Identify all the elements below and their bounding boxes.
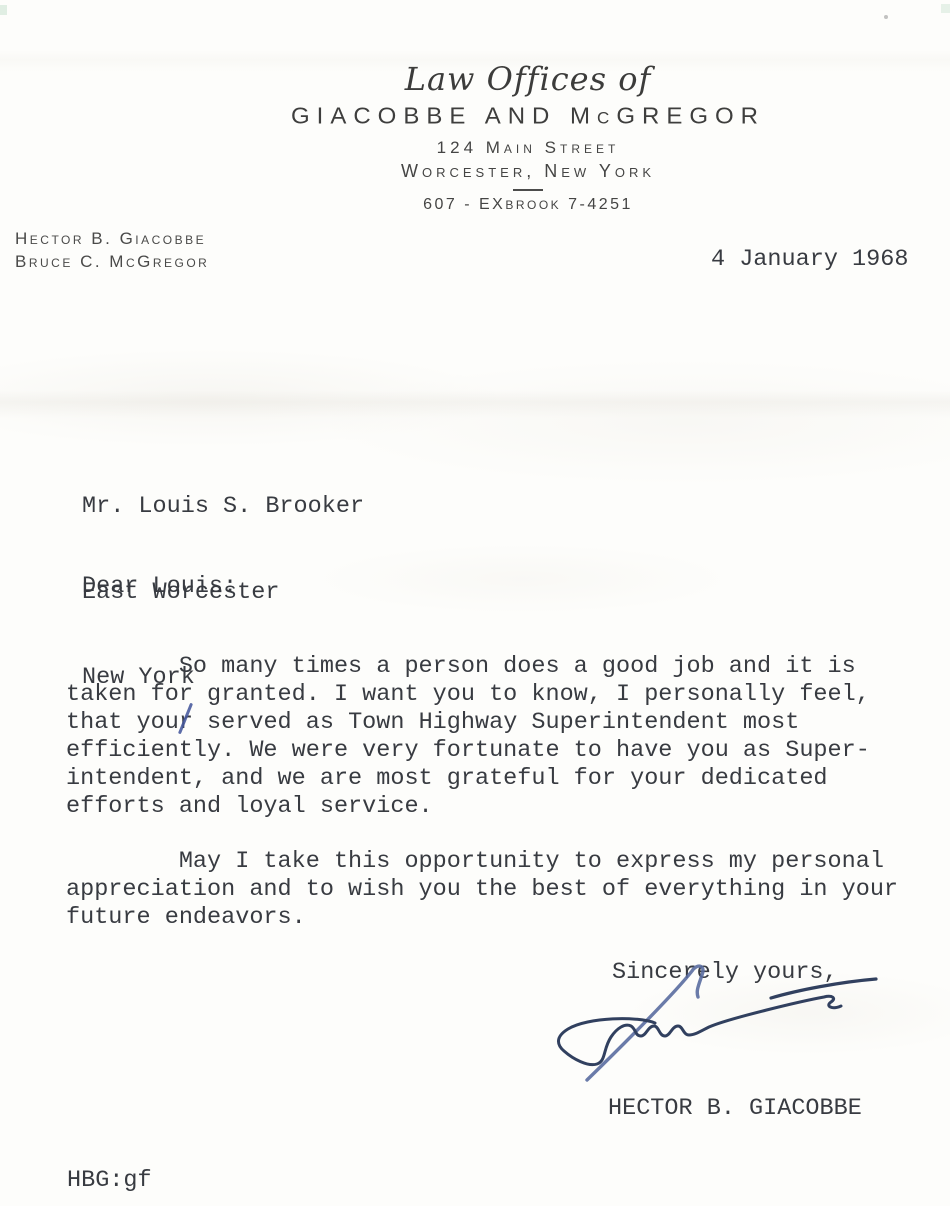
letterhead-city: Worcester, New York — [53, 161, 950, 182]
body-line: May I take this opportunity to express m… — [66, 848, 898, 876]
phone-number: 7-4251 — [561, 196, 633, 213]
signed-name: HECTOR B. GIACOBBE — [608, 1095, 862, 1122]
scan-artifact-dot — [884, 15, 888, 19]
body-paragraph-1: So many times a person does a good job a… — [66, 653, 870, 821]
body-line: efficiently. We were very fortunate to h… — [66, 737, 870, 765]
body-line: efforts and loyal service. — [66, 793, 870, 821]
letterhead-phone: 607 - EXBROOK 7-4251 — [53, 196, 950, 214]
letterhead-divider — [513, 189, 543, 191]
pen-struck-letter: r — [179, 709, 193, 737]
handwritten-signature-icon — [540, 952, 890, 1097]
phone-prefix: 607 - EX — [423, 196, 505, 213]
firm-name-small-c: C — [597, 109, 616, 127]
partner-name: Hector B. Giacobbe — [15, 227, 209, 250]
body-line-segment: served as Town Highway Superintendent mo… — [193, 709, 799, 736]
letterhead-street: 124 Main Street — [53, 138, 950, 158]
scanned-letter-page: Law Offices of GIACOBBE AND MCGREGOR 124… — [0, 0, 950, 1206]
phone-exchange-small: BROOK — [505, 198, 561, 212]
letter-date: 4 January 1968 — [711, 246, 908, 273]
firm-name-post: GREGOR — [616, 104, 765, 130]
letterhead: Law Offices of GIACOBBE AND MCGREGOR 124… — [53, 60, 950, 214]
letterhead-tagline: Law Offices of — [53, 60, 950, 98]
body-line-segment: that you — [66, 709, 179, 736]
partner-name: Bruce C. McGregor — [15, 250, 209, 273]
recipient-name: Mr. Louis S. Brooker — [82, 493, 364, 522]
body-paragraph-2: May I take this opportunity to express m… — [66, 848, 898, 932]
body-line: future endeavors. — [66, 904, 898, 932]
body-line: appreciation and to wish you the best of… — [66, 876, 898, 904]
partner-names: Hector B. Giacobbe Bruce C. McGregor — [15, 227, 209, 273]
reference-initials: HBG:gf — [67, 1167, 152, 1194]
scan-artifact-speck — [941, 4, 950, 13]
body-line: taken for granted. I want you to know, I… — [66, 681, 870, 709]
body-line: intendent, and we are most grateful for … — [66, 765, 870, 793]
firm-name: GIACOBBE AND MCGREGOR — [53, 104, 950, 131]
scan-artifact-speck — [0, 5, 7, 15]
salutation: Dear Louis: — [82, 573, 237, 600]
firm-name-pre: GIACOBBE AND M — [291, 104, 597, 130]
body-line: So many times a person does a good job a… — [66, 653, 870, 681]
body-line-with-pen-correction: that your served as Town Highway Superin… — [66, 709, 870, 737]
